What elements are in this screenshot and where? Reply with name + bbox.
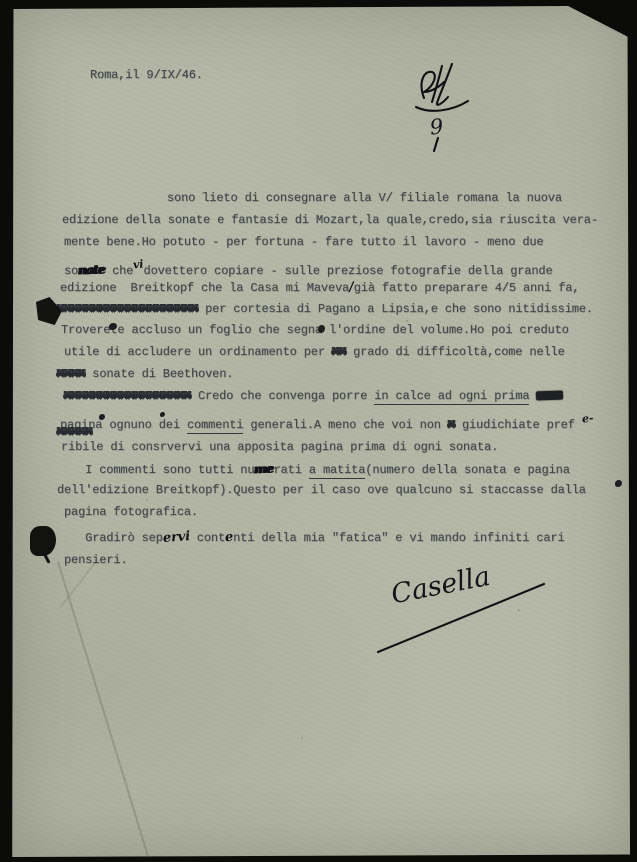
typed-text: cont: [190, 531, 225, 545]
typed-line: mente bene.Ho potuto - per fortuna - far…: [64, 235, 543, 250]
typed-over-deletion: MM: [332, 345, 346, 359]
typed-over-deletion: MMMMMMMMMMMMMMMMMM: [64, 389, 191, 403]
typed-line: dell'edizione Breitkopf).Questo per il c…: [57, 483, 586, 498]
typed-text: so: [64, 264, 78, 278]
handwritten-correction: ervi: [162, 529, 190, 546]
typed-line: ribile di consrvervi una apposita pagina…: [61, 440, 498, 455]
typed-line: MMMM sonate di Beethoven.: [57, 367, 233, 382]
typed-over-deletion: MMMM: [57, 367, 85, 381]
typed-text: generali.A meno che voi non: [243, 418, 447, 432]
underlined-phrase: a matita: [309, 463, 365, 479]
typed-text: pagina fotografica.: [64, 505, 198, 519]
typed-over-deletion: M: [448, 418, 455, 432]
typed-line: pagina ognuno dei commenti generali.A me…: [60, 411, 593, 433]
typed-text: (numero della sonata e pagina: [365, 463, 569, 477]
typed-text: edizione Breitkopf che la Casa mi Maveva: [60, 281, 349, 295]
typed-text: rati: [274, 463, 309, 477]
typed-text: sono lieto di consegnare alla V/ filiale…: [167, 191, 562, 205]
typed-text: Troverete accluso un foglio che segna l'…: [61, 323, 569, 337]
typed-line: sono lieto di consegnare alla V/ filiale…: [167, 191, 562, 206]
scan-backdrop: { "scan": { "backdrop_color": "#0b0b09",…: [0, 0, 637, 862]
typed-text: già fatto preparare 4/5 anni fa,: [354, 281, 580, 295]
typed-text: dovettero copiare - sulle preziose fotog…: [144, 264, 553, 278]
signature-name: Casella: [389, 561, 493, 611]
typed-text: dell'edizione Breitkopf).Questo per il c…: [57, 483, 586, 497]
typed-text: sonate di Beethoven.: [85, 367, 233, 381]
handwritten-insertion: vi: [132, 257, 144, 273]
handwritten-correction: nate: [78, 262, 105, 278]
typed-text: Gradirò sep: [64, 531, 163, 545]
typed-over-deletion: MMMMMMMMMMMMMMMMMMMM: [57, 302, 198, 316]
typed-line: I commenti sono tutti numerati a matita(…: [64, 461, 570, 478]
typed-line: MMMMMMMMMMMMMMMMMMMM per cortesia di Pag…: [57, 302, 593, 317]
typed-line: utile di accludere un ordinamento per MM…: [64, 345, 565, 360]
blacked-out-word: [536, 391, 563, 401]
typed-text: grado di difficoltà,come nelle: [346, 345, 565, 359]
initials-scribble-icon: [437, 64, 452, 105]
typed-line: Troverete accluso un foglio che segna l'…: [61, 323, 569, 338]
typed-text: utile di accludere un ordinamento per: [64, 345, 332, 359]
typed-text: edizione della sonate e fantasie di Moza…: [62, 213, 598, 227]
typed-text: che: [105, 264, 133, 278]
annotation-tail: [434, 138, 438, 151]
typed-over-deletion: MMMMM: [57, 425, 92, 439]
typed-line: edizione Breitkopf che la Casa mi Maveva…: [60, 280, 579, 296]
annotation-number: 9: [429, 114, 445, 139]
typed-text: per cortesia di Pagano a Lipsia,e che so…: [198, 302, 593, 316]
typed-line: MMMMMMMMMMMMMMMMMM Credo che convenga po…: [64, 389, 563, 404]
typed-text: mente bene.Ho potuto - per fortuna - far…: [64, 235, 543, 249]
typed-text-layer: Roma,il 9/IX/46.sono lieto di consegnare…: [0, 0, 637, 862]
typed-text: giudichiate pref: [455, 418, 582, 432]
handwritten-correction: me: [254, 461, 274, 477]
handwritten-insertion: e-: [581, 410, 594, 426]
typed-text: Roma,il 9/IX/46.: [90, 68, 203, 82]
typed-text: nti della mia "fatica" e vi mando infini…: [233, 531, 564, 545]
typed-text: ribile di consrvervi una apposita pagina…: [61, 440, 498, 454]
underlined-phrase: commenti: [187, 418, 243, 434]
signature-block: Casella: [372, 552, 557, 657]
typed-line: Gradirò sepervi contenti della mia "fati…: [64, 530, 565, 546]
typed-text: Credo che convenga porre: [191, 389, 374, 403]
typed-line: MMMMM: [57, 425, 92, 440]
typed-line: pagina fotografica.: [64, 505, 198, 520]
underlined-phrase: in calce ad ogni prima: [374, 389, 529, 405]
date-line: Roma,il 9/IX/46.: [90, 68, 203, 83]
typed-line: edizione della sonate e fantasie di Moza…: [62, 213, 598, 228]
typed-line: sonate chevidovettero copiare - sulle pr…: [64, 257, 553, 279]
typed-text: I commenti sono tutti nu: [64, 463, 254, 477]
handwritten-correction: e: [224, 530, 233, 546]
typed-text: ognuno dei: [102, 418, 187, 432]
handwritten-annotation: 9: [408, 62, 488, 152]
handwritten-slash: /: [349, 280, 355, 295]
